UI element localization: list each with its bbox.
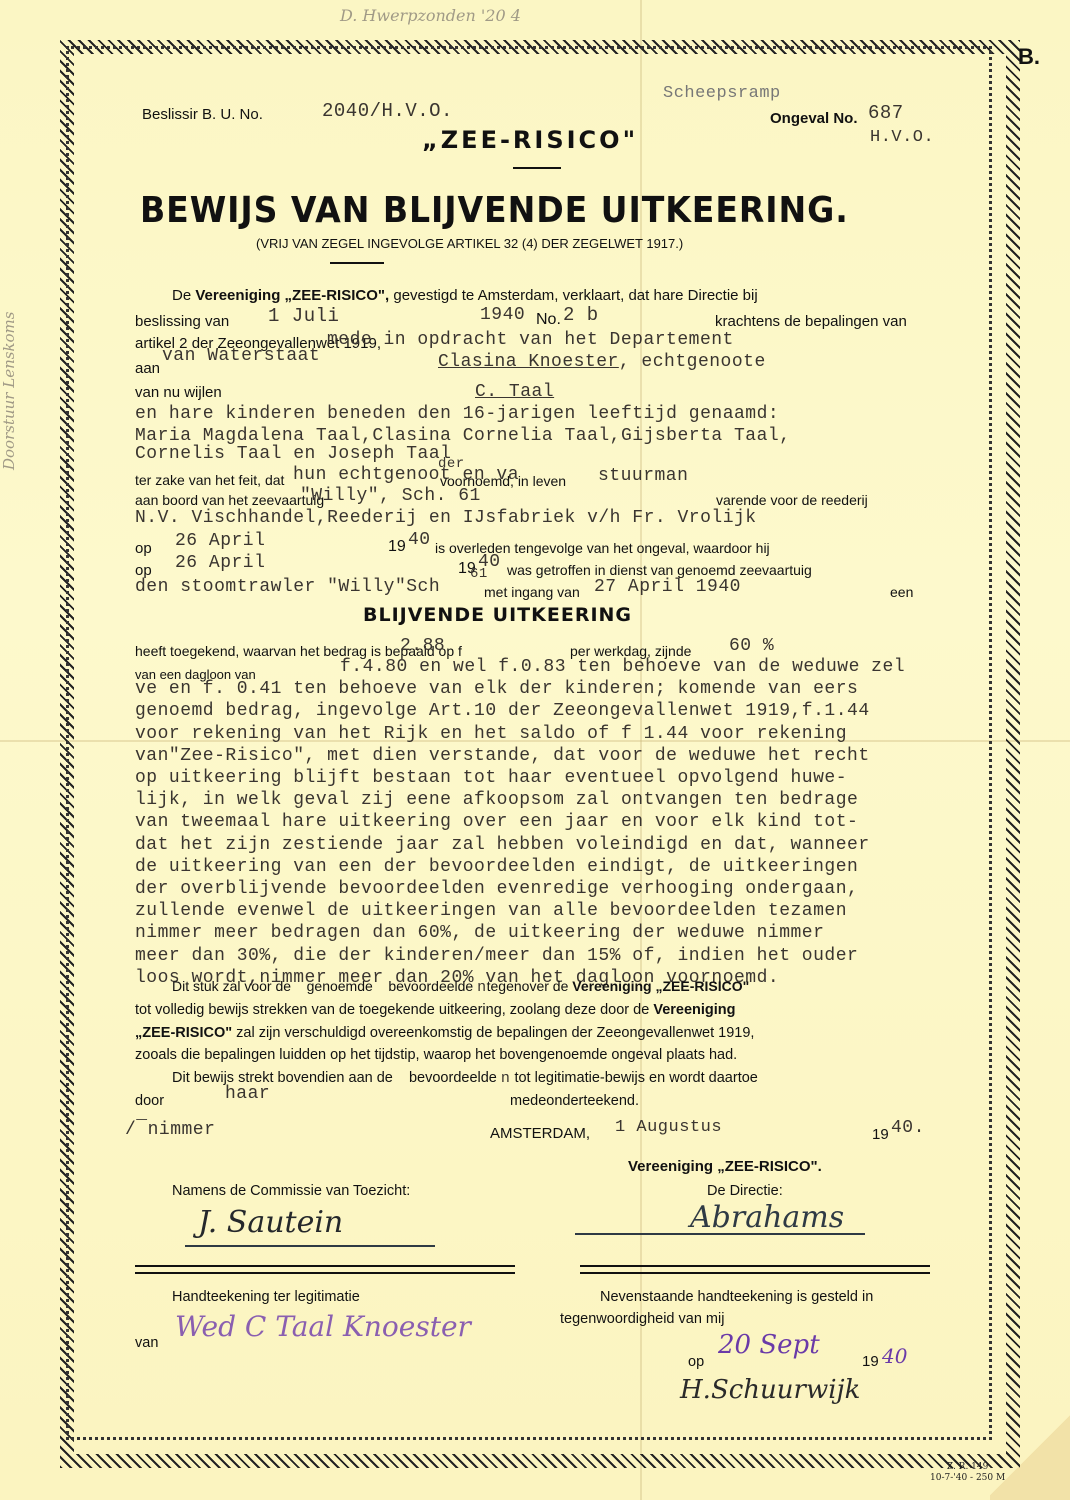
closing-line-3: „ZEE-RISICO" zal zijn verschuldigd overe…: [135, 1025, 754, 1041]
beslissing-text: Beslissir: [142, 106, 198, 123]
beslissing-label: Beslissir B. U. No.: [142, 106, 263, 123]
closing-line-2: tot volledig bewijs strekken van de toeg…: [135, 1002, 736, 1018]
death-year-prefix: 19: [388, 538, 406, 556]
recipient-line: Clasina Knoester, echtgenoote: [438, 352, 766, 372]
org-name: Vereeniging „ZEE-RISICO".: [628, 1158, 822, 1175]
issue-year-suffix: 40.: [891, 1118, 925, 1138]
form-code-block: Z. R. 149 10-7-'40 - 250 M: [930, 1462, 1005, 1484]
document-paper: B. D. Hwerpzonden '20 4 Doorstuur Lensko…: [0, 0, 1070, 1500]
form-code: Z. R. 149: [930, 1462, 1005, 1473]
door-value: haar: [225, 1084, 270, 1104]
medeonderteekend: medeonderteekend.: [510, 1093, 639, 1109]
brand-name: „ZEE-RISICO": [422, 126, 638, 154]
varende: varende voor de reederij: [716, 492, 868, 508]
pencil-annotation-margin: Doorstuur Lenskoms: [0, 312, 18, 470]
witness-signature: H.Schuurwijk: [680, 1375, 860, 1405]
typed-terms-line: nimmer meer bedragen dan 60%, de uitkeer…: [135, 922, 905, 944]
tegenwoordigheid-text: tegenwoordigheid van mij: [560, 1311, 724, 1327]
no-value: 2 b: [563, 304, 599, 326]
van-nu-wijlen: van nu wijlen: [135, 384, 222, 401]
typed-terms-line: op uitkeering blijft bestaan tot haar ev…: [135, 767, 905, 789]
form-print-info: 10-7-'40 - 250 M: [930, 1473, 1005, 1484]
der-superscript: der: [438, 456, 465, 472]
handwritten-name: Wed C Taal Knoester: [175, 1310, 471, 1343]
scheepsramp-stamp: Scheepsramp: [663, 84, 781, 103]
beslissing-date: 1 Juli: [268, 305, 339, 327]
no-label: No.: [536, 311, 561, 329]
typed-terms-line: genoemd bedrag, ingevolge Art.10 der Zee…: [135, 700, 905, 722]
divider: [513, 167, 561, 169]
getroffen-text: was getroffen in dienst van genoemd zeev…: [507, 562, 812, 578]
nimmer-note: /¯nimmer: [125, 1120, 215, 1140]
typed-terms-line: de uitkeering van een der bevoordeelden …: [135, 856, 905, 878]
closing-line-4: zooals die bepalingen luidden op het tij…: [135, 1047, 737, 1063]
nevenstaande-text: Nevenstaande handteekening is gesteld in: [600, 1289, 873, 1305]
op-label: op: [135, 540, 152, 557]
door-label: door: [135, 1093, 164, 1109]
van-label: van: [135, 1335, 158, 1351]
children-intro: en hare kinderen beneden den 16-jarigen …: [135, 404, 779, 424]
beslissing-van: beslissing van: [135, 313, 229, 330]
amount-value: 2.88: [400, 636, 445, 656]
divider: [330, 262, 384, 264]
typed-terms-line: voor rekening van het Rijk en het saldo …: [135, 723, 905, 745]
children-names-2: Cornelis Taal en Joseph Taal: [135, 444, 451, 464]
typed-terms-line: van"Zee-Risico", met dien verstande, dat…: [135, 745, 905, 767]
occupation: stuurman: [598, 466, 688, 486]
waterstaat-text: van Waterstaat: [162, 346, 320, 366]
typed-terms-line: van tweemaal hare uitkeering over een ja…: [135, 811, 905, 833]
signature-stroke: [185, 1245, 435, 1247]
commissie-label: Namens de Commissie van Toezicht:: [172, 1183, 410, 1199]
place: AMSTERDAM,: [490, 1125, 590, 1142]
document-subtitle: (VRIJ VAN ZEGEL INGEVOLGE ARTIKEL 32 (4)…: [256, 236, 683, 251]
signature-line-right: [580, 1265, 930, 1274]
intro-line-1: De Vereeniging „ZEE-RISICO", gevestigd t…: [172, 287, 758, 304]
vessel-name: "Willy", Sch. 61: [300, 486, 481, 506]
closing-line-1: Dit stuk zal voor de genoemde bevoordeel…: [172, 978, 749, 996]
children-names-1: Maria Magdalena Taal,Clasina Cornelia Ta…: [135, 426, 791, 446]
section-title: BLIJVENDE UITKEERING: [363, 604, 632, 626]
bu-number: 2040/H.V.O.: [322, 100, 453, 122]
beslissing-year: 1940: [480, 305, 525, 325]
handteekening-label: Handteekening ter legitimatie: [172, 1289, 360, 1305]
witness-date: 20 Sept: [718, 1330, 820, 1360]
typed-terms-line: f.4.80 en wel f.0.83 ten behoeve van de …: [135, 656, 905, 678]
typed-terms-line: der overblijvende bevoordeelden evenredi…: [135, 878, 905, 900]
typed-terms-line: zullende evenwel de uitkeeringen van all…: [135, 900, 905, 922]
signature-line-left: [135, 1265, 515, 1274]
krachtens-text: krachtens de bepalingen van: [715, 313, 907, 330]
directie-label: De Directie:: [707, 1183, 783, 1199]
signature-stroke: [575, 1233, 865, 1235]
typed-terms-line: lijk, in welk geval zij eene afkoopsom z…: [135, 789, 905, 811]
death-year-suffix: 40: [408, 530, 431, 550]
ter-zake: ter zake van het feit, dat: [135, 472, 284, 488]
trawler-number: 61: [470, 566, 488, 582]
pencil-annotation-top: D. Hwerpzonden '20 4: [340, 6, 521, 25]
typed-terms-line: meer dan 30%, die der kinderen/meer dan …: [135, 945, 905, 967]
aan-boord: aan boord van het zeevaartuig: [135, 492, 324, 508]
start-date: 27 April 1940: [594, 577, 741, 597]
trawler-text: den stoomtrawler "Willy"Sch: [135, 577, 440, 597]
ongeval-number: 687: [868, 102, 904, 124]
signature-commissie: J. Sautein: [198, 1205, 343, 1240]
document-title: BEWIJS VAN BLIJVENDE UITKEERING.: [140, 190, 849, 231]
op-label-3: op: [688, 1354, 704, 1370]
een-text: een: [890, 584, 913, 600]
issue-date: 1 Augustus: [615, 1118, 722, 1137]
typed-terms-line: dat het zijn zestiende jaar zal hebben v…: [135, 834, 905, 856]
ongeval-label: Ongeval No.: [770, 110, 858, 127]
recipient-name: Clasina Knoester: [438, 352, 619, 372]
company-name: N.V. Vischhandel,Reederij en IJsfabriek …: [135, 508, 757, 528]
witness-year-prefix: 19: [862, 1353, 879, 1370]
met-ingang: met ingang van: [484, 584, 580, 600]
signature-directie: Abrahams: [690, 1200, 844, 1235]
bu-label: B. U. No.: [202, 106, 263, 123]
mede-text: mede in opdracht van het Departement: [327, 330, 734, 350]
percent-value: 60 %: [729, 636, 774, 656]
death-date: 26 April: [175, 531, 265, 551]
typed-terms-block: f.4.80 en wel f.0.83 ten behoeve van de …: [135, 656, 905, 989]
witness-year-suffix: 40: [882, 1344, 907, 1368]
corner-mark: B.: [1018, 44, 1040, 70]
aan-label: aan: [135, 360, 160, 377]
accident-date: 26 April: [175, 553, 265, 573]
deceased-name: C. Taal: [475, 382, 554, 402]
issue-year-prefix: 19: [872, 1126, 889, 1143]
typed-terms-line: ve en f. 0.41 ten behoeve van elk der ki…: [135, 678, 905, 700]
ongeval-suffix: H.V.O.: [870, 128, 934, 147]
